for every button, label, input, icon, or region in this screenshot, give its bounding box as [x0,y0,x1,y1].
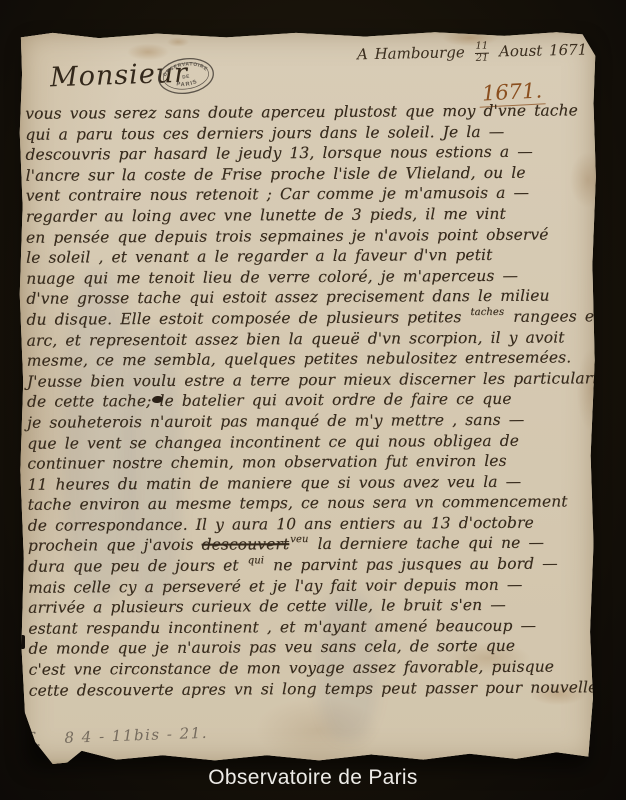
dateline-place: A Hambourge [357,43,465,63]
letter-line-16: je souheterois n'auroit pas manqué de m'… [27,409,593,433]
stamp-text-middle: DE [182,74,190,80]
letter-line-29: cette descouverte apres vn si long temps… [29,677,595,701]
letter-line-28: c'est vne circonstance de mon voyage ass… [29,656,595,680]
observatoire-de-paris-stamp: OBSERVATOIRE DE PARIS [155,53,218,99]
letter-page: A Hambourge 11 21 Aoust 1671 Monsieur OB… [18,30,597,764]
stamp-text-bottom: PARIS [175,79,199,90]
letter-line-7: en pensée que depuis trois sepmaines je … [26,224,592,248]
letter-line-1: vous vous serez sans doute aperceu plust… [25,100,591,124]
shelfmark: 8 4 - 11bis - 21. [64,724,208,747]
letter-line-17: que le vent se changea incontinent ce qu… [27,430,593,454]
date-fraction-denominator: 21 [474,53,489,64]
edge-ink-mark [17,635,25,649]
dateline-rest: Aoust 1671 [499,41,588,61]
image-caption: Observatoire de Paris [0,766,626,790]
dateline: A Hambourge 11 21 Aoust 1671 [356,40,587,67]
letter-line-11: du disque. Elle estoit composée de plusi… [26,306,592,330]
letter-body: vous vous serez sans doute aperceu plust… [25,100,595,701]
date-fraction-numerator: 11 [474,42,489,54]
date-fraction: 11 21 [474,42,489,64]
letter-line-5: vent contraire nous retenoit ; Car comme… [26,183,592,207]
archival-annotation: f. 8 4 - 11bis - 21. [26,719,209,749]
letter-line-24: mais celle cy a perseveré et je l'ay fai… [28,574,594,598]
